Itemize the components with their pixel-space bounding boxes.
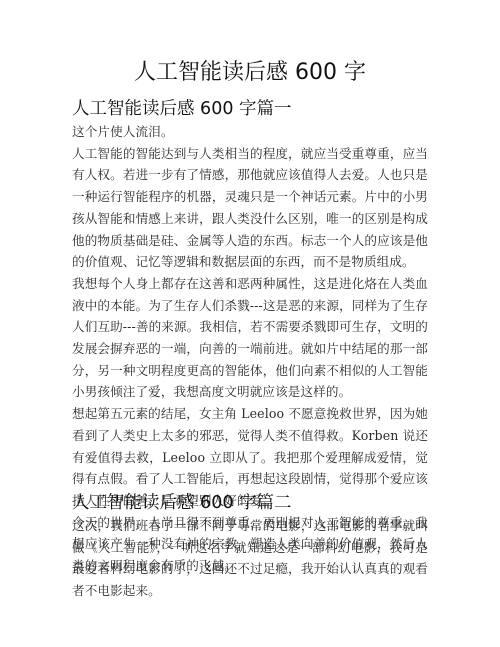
- paragraph: 我想每个人身上都存在这善和恶两种属性，这是进化烙在人类血液中的本能。为了生存人们…: [72, 273, 428, 403]
- paragraph: 这次，我们班看了一部不同于寻常的电影，这部电影的名字就叫做《人工智能》，一听这名…: [72, 515, 428, 602]
- section-heading-1: 人工智能读后感 600 字篇一: [72, 97, 292, 121]
- section-body-2: 这次，我们班看了一部不同于寻常的电影，这部电影的名字就叫做《人工智能》，一听这名…: [72, 515, 428, 602]
- paragraph: 这个片使人流泪。: [72, 121, 428, 143]
- document-page: 人工智能读后感 600 字 人工智能读后感 600 字篇一 这个片使人流泪。 人…: [0, 0, 500, 647]
- paragraph: 人工智能的智能达到与人类相当的程度，就应当受重尊重，应当有人权。若进一步有了情感…: [72, 143, 428, 273]
- section-heading-2: 人工智能读后感 600 字篇二: [72, 491, 292, 515]
- document-title: 人工智能读后感 600 字: [0, 58, 500, 88]
